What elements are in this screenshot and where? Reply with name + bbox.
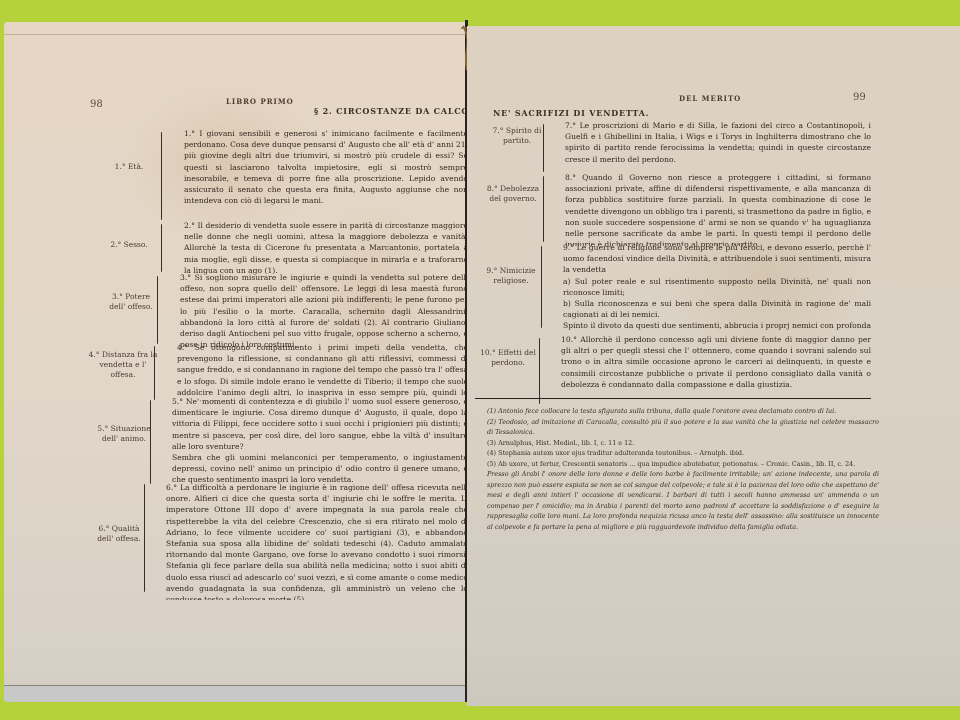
paragraph-7: 7.° Le proscrizioni di Mario e di Silla,… [547, 120, 871, 176]
brace [157, 276, 158, 344]
footnote-rule [475, 398, 871, 399]
closing-note: Presso gli Arabi l' onore delle loro don… [475, 469, 879, 532]
running-head: DEL MERITO [679, 94, 741, 103]
right-page: DEL MERITO 99 NE' SACRIFIZI DI VENDETTA.… [467, 26, 960, 706]
footnote-3: (3) Arnulphus, Hist. Mediol., lib. I, c.… [475, 438, 879, 449]
footnote-1: (1) Antonio fece collocare la testa sfig… [475, 406, 879, 417]
paragraph-5: 5.° Ne' momenti di contentezza e di giub… [154, 396, 466, 486]
brace [539, 338, 540, 404]
margin-label-nimicizie: 9.° Nimicizie religiose. [481, 266, 541, 286]
margin-label-distanza: 4.° Distanza fra la vendetta e l' offesa… [88, 350, 158, 380]
margin-label-effetti: 10.° Effetti del perdono. [477, 348, 539, 368]
margin-label-sesso: 2.° Sesso. [104, 240, 154, 250]
section-head: NE' SACRIFIZI DI VENDETTA. [493, 108, 649, 118]
footnote-4: (4) Stephania autem uxor ejus traditur a… [475, 448, 879, 459]
brace [144, 484, 145, 592]
brace [150, 400, 151, 484]
section-head: § 2. CIRCOSTANZE DA CALCOLARSI [314, 106, 466, 116]
paragraph-1: 1.° I giovani sensibili e generosi s' in… [166, 128, 466, 220]
margin-label-eta: 1.° Età. [104, 162, 154, 172]
margin-label-debolezza: 8.° Debolezza del governo. [481, 184, 545, 204]
paragraph-10: 10.° Allorchè il perdono concesso agli u… [543, 334, 871, 408]
paragraph-6: 6.° La difficoltà a perdonare le ingiuri… [148, 482, 466, 600]
margin-label-qualita: 6.° Qualità dell' offesa. [92, 524, 146, 544]
torn-bottom-edge [4, 685, 466, 702]
paragraph-2: 2.° Il desiderio di vendetta suole esser… [166, 220, 466, 276]
footnotes: (1) Antonio fece collocare la testa sfig… [475, 406, 879, 532]
running-head: LIBRO PRIMO [226, 97, 294, 106]
brace [154, 346, 155, 400]
paragraph-4: 4.° Se ottengono compatimento i primi im… [159, 342, 466, 402]
paragraph-3: 3.° Si sogliono misurare le ingiurie e q… [162, 272, 466, 350]
brace [543, 124, 544, 172]
page-fold [4, 22, 466, 35]
page-number: 99 [853, 92, 866, 103]
page-number: 98 [90, 99, 103, 110]
brace [161, 224, 162, 272]
footnote-5: (5) Ab uxore, ut fertur, Crescentii sena… [475, 459, 879, 470]
margin-label-potere: 3.° Potere dell' offeso. [104, 292, 158, 312]
margin-label-spirito: 7.° Spirito di partito. [487, 126, 547, 146]
margin-label-situazione: 5.° Situazione dell' animo. [94, 424, 154, 444]
brace [161, 132, 162, 220]
brace [541, 246, 542, 328]
brace [543, 176, 544, 242]
paragraph-8: 8.° Quando il Governo non riesce a prote… [547, 172, 871, 246]
footnote-2: (2) Teodosio, ad imitazione di Caracalla… [475, 417, 879, 438]
left-page: 98 LIBRO PRIMO § 2. CIRCOSTANZE DA CALCO… [4, 22, 466, 702]
paragraph-9: 9.° Le guerre di religione sono sempre l… [545, 242, 871, 334]
